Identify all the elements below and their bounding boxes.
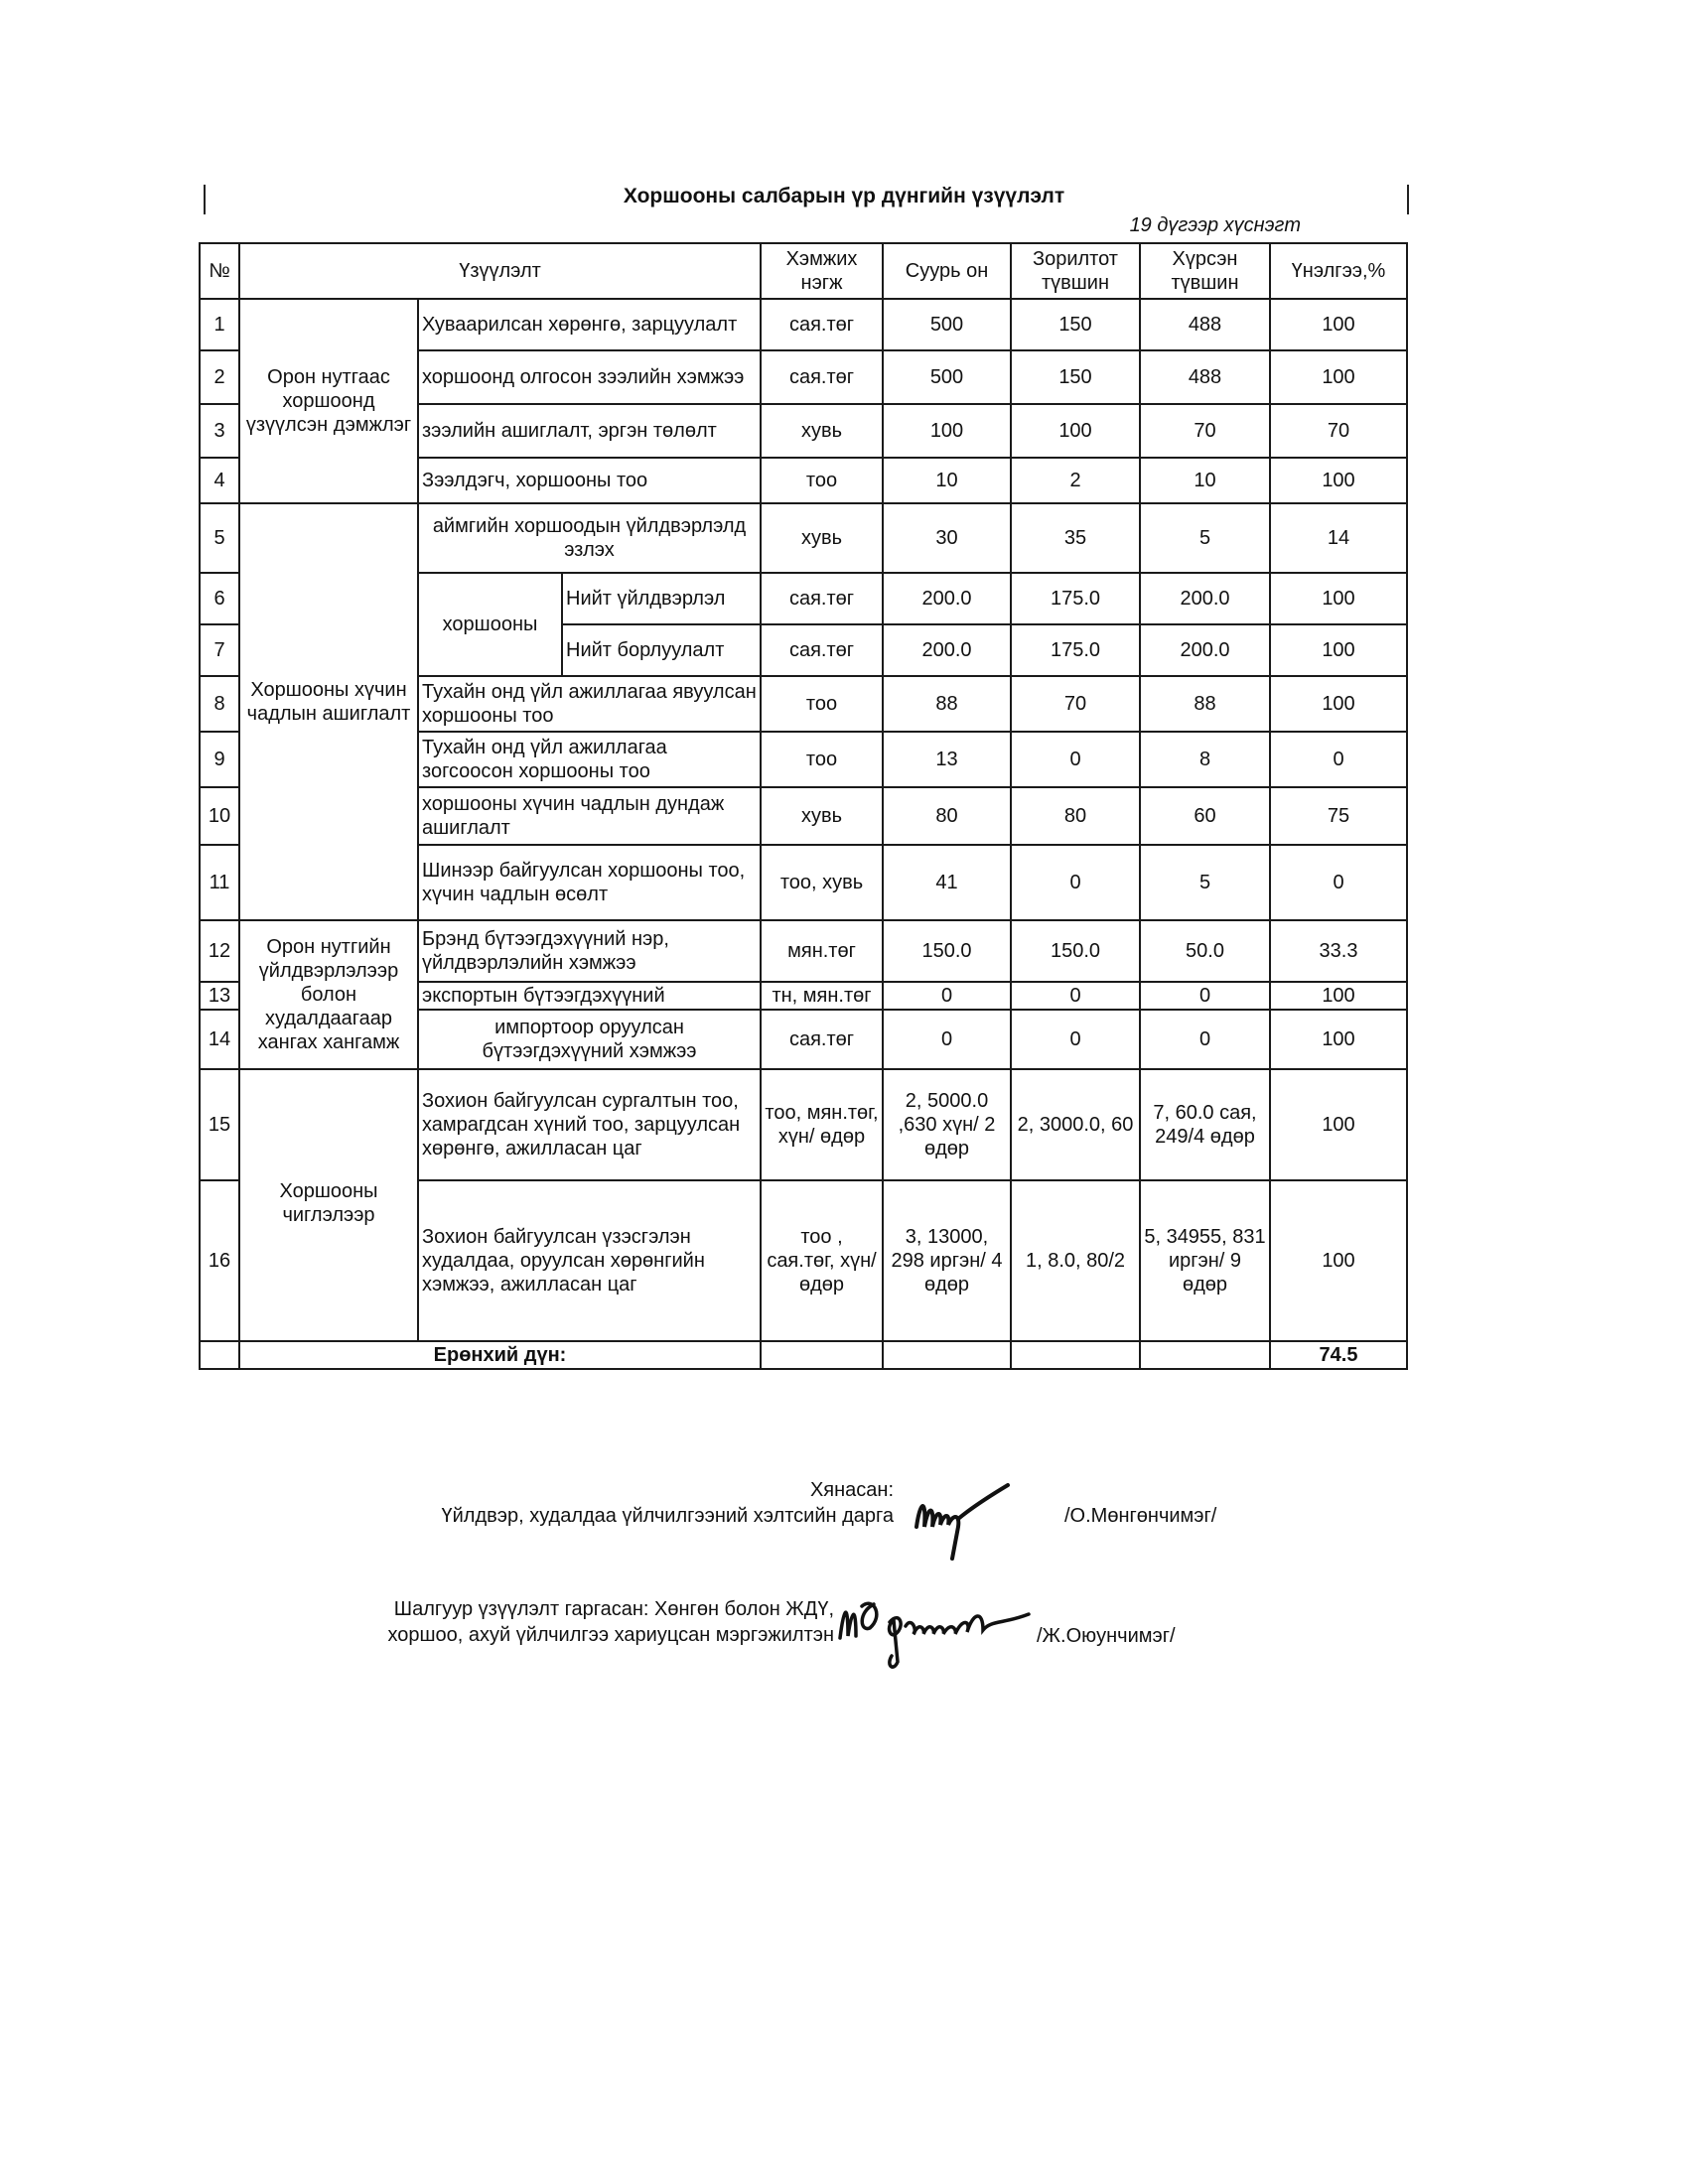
header-indicator: Үзүүлэлт [239,243,761,299]
group-label: Орон нутгаас хоршоонд үзүүлсэн дэмжлэг [239,299,418,503]
total-empty-cell [1140,1341,1270,1369]
cell-base: 500 [883,299,1011,350]
row-number: 6 [200,573,239,624]
cell-score: 100 [1270,1010,1407,1069]
cell-score: 100 [1270,350,1407,404]
reviewer-name: /О.Мөнгөнчимэг/ [1064,1503,1216,1529]
total-empty-cell [1011,1341,1140,1369]
cell-achieved: 200.0 [1140,624,1270,676]
row-number: 2 [200,350,239,404]
total-empty-cell [883,1341,1011,1369]
cell-achieved: 5 [1140,845,1270,920]
group-label: Хоршооны чиглэлээр [239,1069,418,1341]
cell-score: 33.3 [1270,920,1407,982]
indicator: Брэнд бүтээгдэхүүний нэр, үйлдвэрлэлийн … [418,920,761,982]
total-row: Ерөнхий дүн:74.5 [200,1341,1407,1369]
cell-base: 13 [883,732,1011,787]
header-achieved: Хүрсэн түвшин [1140,243,1270,299]
table-row: 1Орон нутгаас хоршоонд үзүүлсэн дэмжлэгХ… [200,299,1407,350]
cell-unit: сая.төг [761,1010,883,1069]
cell-unit: сая.төг [761,573,883,624]
cell-score: 70 [1270,404,1407,458]
cell-base: 500 [883,350,1011,404]
cell-unit: тоо , сая.төг, хүн/ өдөр [761,1180,883,1341]
cell-achieved: 0 [1140,1010,1270,1069]
cell-target: 175.0 [1011,624,1140,676]
cell-score: 100 [1270,299,1407,350]
indicator: аймгийн хоршоодын үйлдвэрлэлд эзлэх [418,503,761,573]
cell-target: 0 [1011,1010,1140,1069]
cell-base: 0 [883,982,1011,1010]
table-row: 15Хоршооны чиглэлээрЗохион байгуулсан су… [200,1069,1407,1180]
reviewed-label: Хянасан: [357,1477,894,1503]
indicator: экспортын бүтээгдэхүүний [418,982,761,1010]
header-unit: Хэмжих нэгж [761,243,883,299]
preparer-title-line2: хоршоо, ахуй үйлчилгээ хариуцсан мэргэжи… [298,1622,834,1648]
reviewer-block: Хянасан: Үйлдвэр, худалдаа үйлчилгээний … [357,1477,894,1529]
indicator: импортоор оруулсан бүтээгдэхүүний хэмжээ [418,1010,761,1069]
cell-target: 100 [1011,404,1140,458]
cell-score: 100 [1270,982,1407,1010]
cell-base: 41 [883,845,1011,920]
document-title: Хоршооны салбарын үр дүнгийн үзүүлэлт [0,185,1688,208]
cell-achieved: 10 [1140,458,1270,503]
indicator: Нийт борлуулалт [562,624,761,676]
cell-unit: сая.төг [761,350,883,404]
cell-base: 100 [883,404,1011,458]
cell-achieved: 88 [1140,676,1270,732]
cell-score: 75 [1270,787,1407,845]
indicator: Шинээр байгуулсан хоршооны тоо, хүчин ча… [418,845,761,920]
cell-base: 88 [883,676,1011,732]
indicator: Нийт үйлдвэрлэл [562,573,761,624]
cell-unit: мян.төг [761,920,883,982]
cell-base: 3, 13000, 298 иргэн/ 4 өдөр [883,1180,1011,1341]
indicator-table: № Үзүүлэлт Хэмжих нэгж Суурь он Зорилтот… [199,242,1408,1370]
cell-target: 175.0 [1011,573,1140,624]
row-number: 14 [200,1010,239,1069]
cell-target: 0 [1011,982,1140,1010]
reviewer-signature [909,1479,1018,1569]
group-label: Хоршооны хүчин чадлын ашиглалт [239,503,418,920]
cell-achieved: 70 [1140,404,1270,458]
table-caption: 19 дүгээр хүснэгт [1130,214,1301,237]
cell-score: 100 [1270,573,1407,624]
row-number: 4 [200,458,239,503]
group-label: Орон нутгийн үйлдвэрлэлээр болон худалда… [239,920,418,1069]
total-label: Ерөнхий дүн: [239,1341,761,1369]
cell-score: 100 [1270,624,1407,676]
cell-achieved: 5, 34955, 831 иргэн/ 9 өдөр [1140,1180,1270,1341]
indicator: зээлийн ашиглалт, эргэн төлөлт [418,404,761,458]
cell-target: 150.0 [1011,920,1140,982]
cell-score: 100 [1270,1069,1407,1180]
cell-unit: тоо [761,676,883,732]
cell-target: 70 [1011,676,1140,732]
header-score: Үнэлгээ,% [1270,243,1407,299]
cell-unit: хувь [761,503,883,573]
indicator: Тухайн онд үйл ажиллагаа зогсоосон хоршо… [418,732,761,787]
row-number: 10 [200,787,239,845]
row-number: 9 [200,732,239,787]
cell-target: 150 [1011,299,1140,350]
cell-target: 35 [1011,503,1140,573]
row-number: 1 [200,299,239,350]
cell-score: 100 [1270,1180,1407,1341]
cell-achieved: 8 [1140,732,1270,787]
cell-achieved: 60 [1140,787,1270,845]
header-base-year: Суурь он [883,243,1011,299]
cell-score: 100 [1270,676,1407,732]
cell-unit: тн, мян.төг [761,982,883,1010]
preparer-name: /Ж.Оюунчимэг/ [1037,1623,1176,1649]
cell-unit: тоо, мян.төг, хүн/ өдөр [761,1069,883,1180]
cell-achieved: 50.0 [1140,920,1270,982]
cell-target: 80 [1011,787,1140,845]
indicator: Зохион байгуулсан үзэсгэлэн худалдаа, ор… [418,1180,761,1341]
row-number: 13 [200,982,239,1010]
cell-score: 14 [1270,503,1407,573]
table-row: 12Орон нутгийн үйлдвэрлэлээр болон худал… [200,920,1407,982]
cell-score: 0 [1270,732,1407,787]
indicator: хоршооны хүчин чадлын дундаж ашиглалт [418,787,761,845]
cell-target: 2, 3000.0, 60 [1011,1069,1140,1180]
cell-unit: сая.төг [761,624,883,676]
preparer-signature [834,1586,1033,1676]
cell-target: 0 [1011,732,1140,787]
total-empty-no [200,1341,239,1369]
preparer-block: Шалгуур үзүүлэлт гаргасан: Хөнгөн болон … [298,1596,834,1648]
row-number: 11 [200,845,239,920]
cell-unit: хувь [761,404,883,458]
cell-base: 10 [883,458,1011,503]
cell-target: 150 [1011,350,1140,404]
row-number: 7 [200,624,239,676]
row-number: 3 [200,404,239,458]
cell-achieved: 0 [1140,982,1270,1010]
header-row: № Үзүүлэлт Хэмжих нэгж Суурь он Зорилтот… [200,243,1407,299]
total-score: 74.5 [1270,1341,1407,1369]
cell-unit: тоо, хувь [761,845,883,920]
total-empty-cell [761,1341,883,1369]
cell-unit: хувь [761,787,883,845]
cell-target: 1, 8.0, 80/2 [1011,1180,1140,1341]
cell-base: 80 [883,787,1011,845]
reviewer-title: Үйлдвэр, худалдаа үйлчилгээний хэлтсийн … [357,1503,894,1529]
indicator: хоршоонд олгосон зээлийн хэмжээ [418,350,761,404]
preparer-title-line1: Шалгуур үзүүлэлт гаргасан: Хөнгөн болон … [298,1596,834,1622]
cell-unit: сая.төг [761,299,883,350]
header-no: № [200,243,239,299]
row-number: 16 [200,1180,239,1341]
row-number: 8 [200,676,239,732]
cell-base: 200.0 [883,624,1011,676]
cell-base: 200.0 [883,573,1011,624]
indicator: Тухайн онд үйл ажиллагаа явуулсан хоршоо… [418,676,761,732]
indicator: Зохион байгуулсан сургалтын тоо, хамрагд… [418,1069,761,1180]
cell-base: 0 [883,1010,1011,1069]
subgroup-label: хоршооны [418,573,562,676]
cell-score: 0 [1270,845,1407,920]
cell-target: 2 [1011,458,1140,503]
row-number: 5 [200,503,239,573]
indicator: Хуваарилсан хөрөнгө, зарцуулалт [418,299,761,350]
header-target: Зорилтот түвшин [1011,243,1140,299]
cell-unit: тоо [761,732,883,787]
cell-base: 2, 5000.0 ,630 хүн/ 2 өдөр [883,1069,1011,1180]
indicator: Зээлдэгч, хоршооны тоо [418,458,761,503]
cell-base: 150.0 [883,920,1011,982]
cell-unit: тоо [761,458,883,503]
cell-achieved: 488 [1140,299,1270,350]
row-number: 12 [200,920,239,982]
cell-achieved: 488 [1140,350,1270,404]
cell-achieved: 200.0 [1140,573,1270,624]
cell-target: 0 [1011,845,1140,920]
table-row: 5Хоршооны хүчин чадлын ашиглалтаймгийн х… [200,503,1407,573]
row-number: 15 [200,1069,239,1180]
cell-achieved: 5 [1140,503,1270,573]
cell-score: 100 [1270,458,1407,503]
cell-base: 30 [883,503,1011,573]
cell-achieved: 7, 60.0 сая, 249/4 өдөр [1140,1069,1270,1180]
